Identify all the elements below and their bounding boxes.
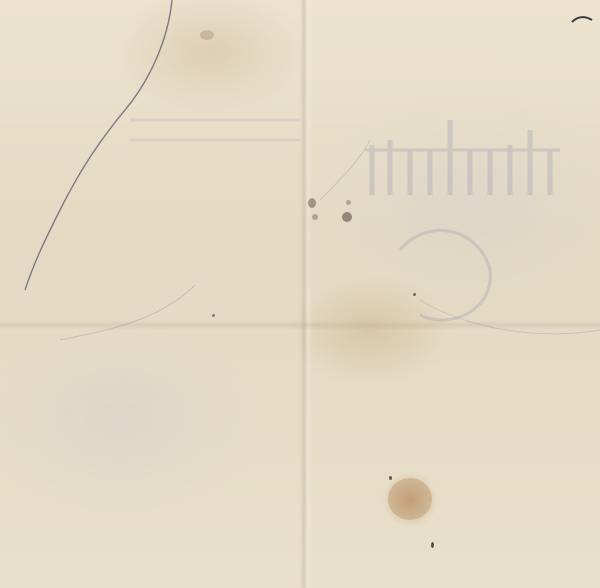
paper-sheet [0,0,600,588]
corner-nick [572,17,592,22]
paper-marks [0,0,600,588]
foxing-spot [212,314,215,317]
foxing-spot [389,476,392,480]
foxing-spot [431,542,434,548]
foxing-spot [342,212,352,222]
foxing-spot [312,214,318,220]
foxing-spot [346,200,351,205]
foxing-spot [388,478,432,520]
foxing-spot [200,30,214,40]
foxing-spot [308,198,316,208]
foxing-spot [413,293,416,296]
pen-crack-line [25,0,172,290]
